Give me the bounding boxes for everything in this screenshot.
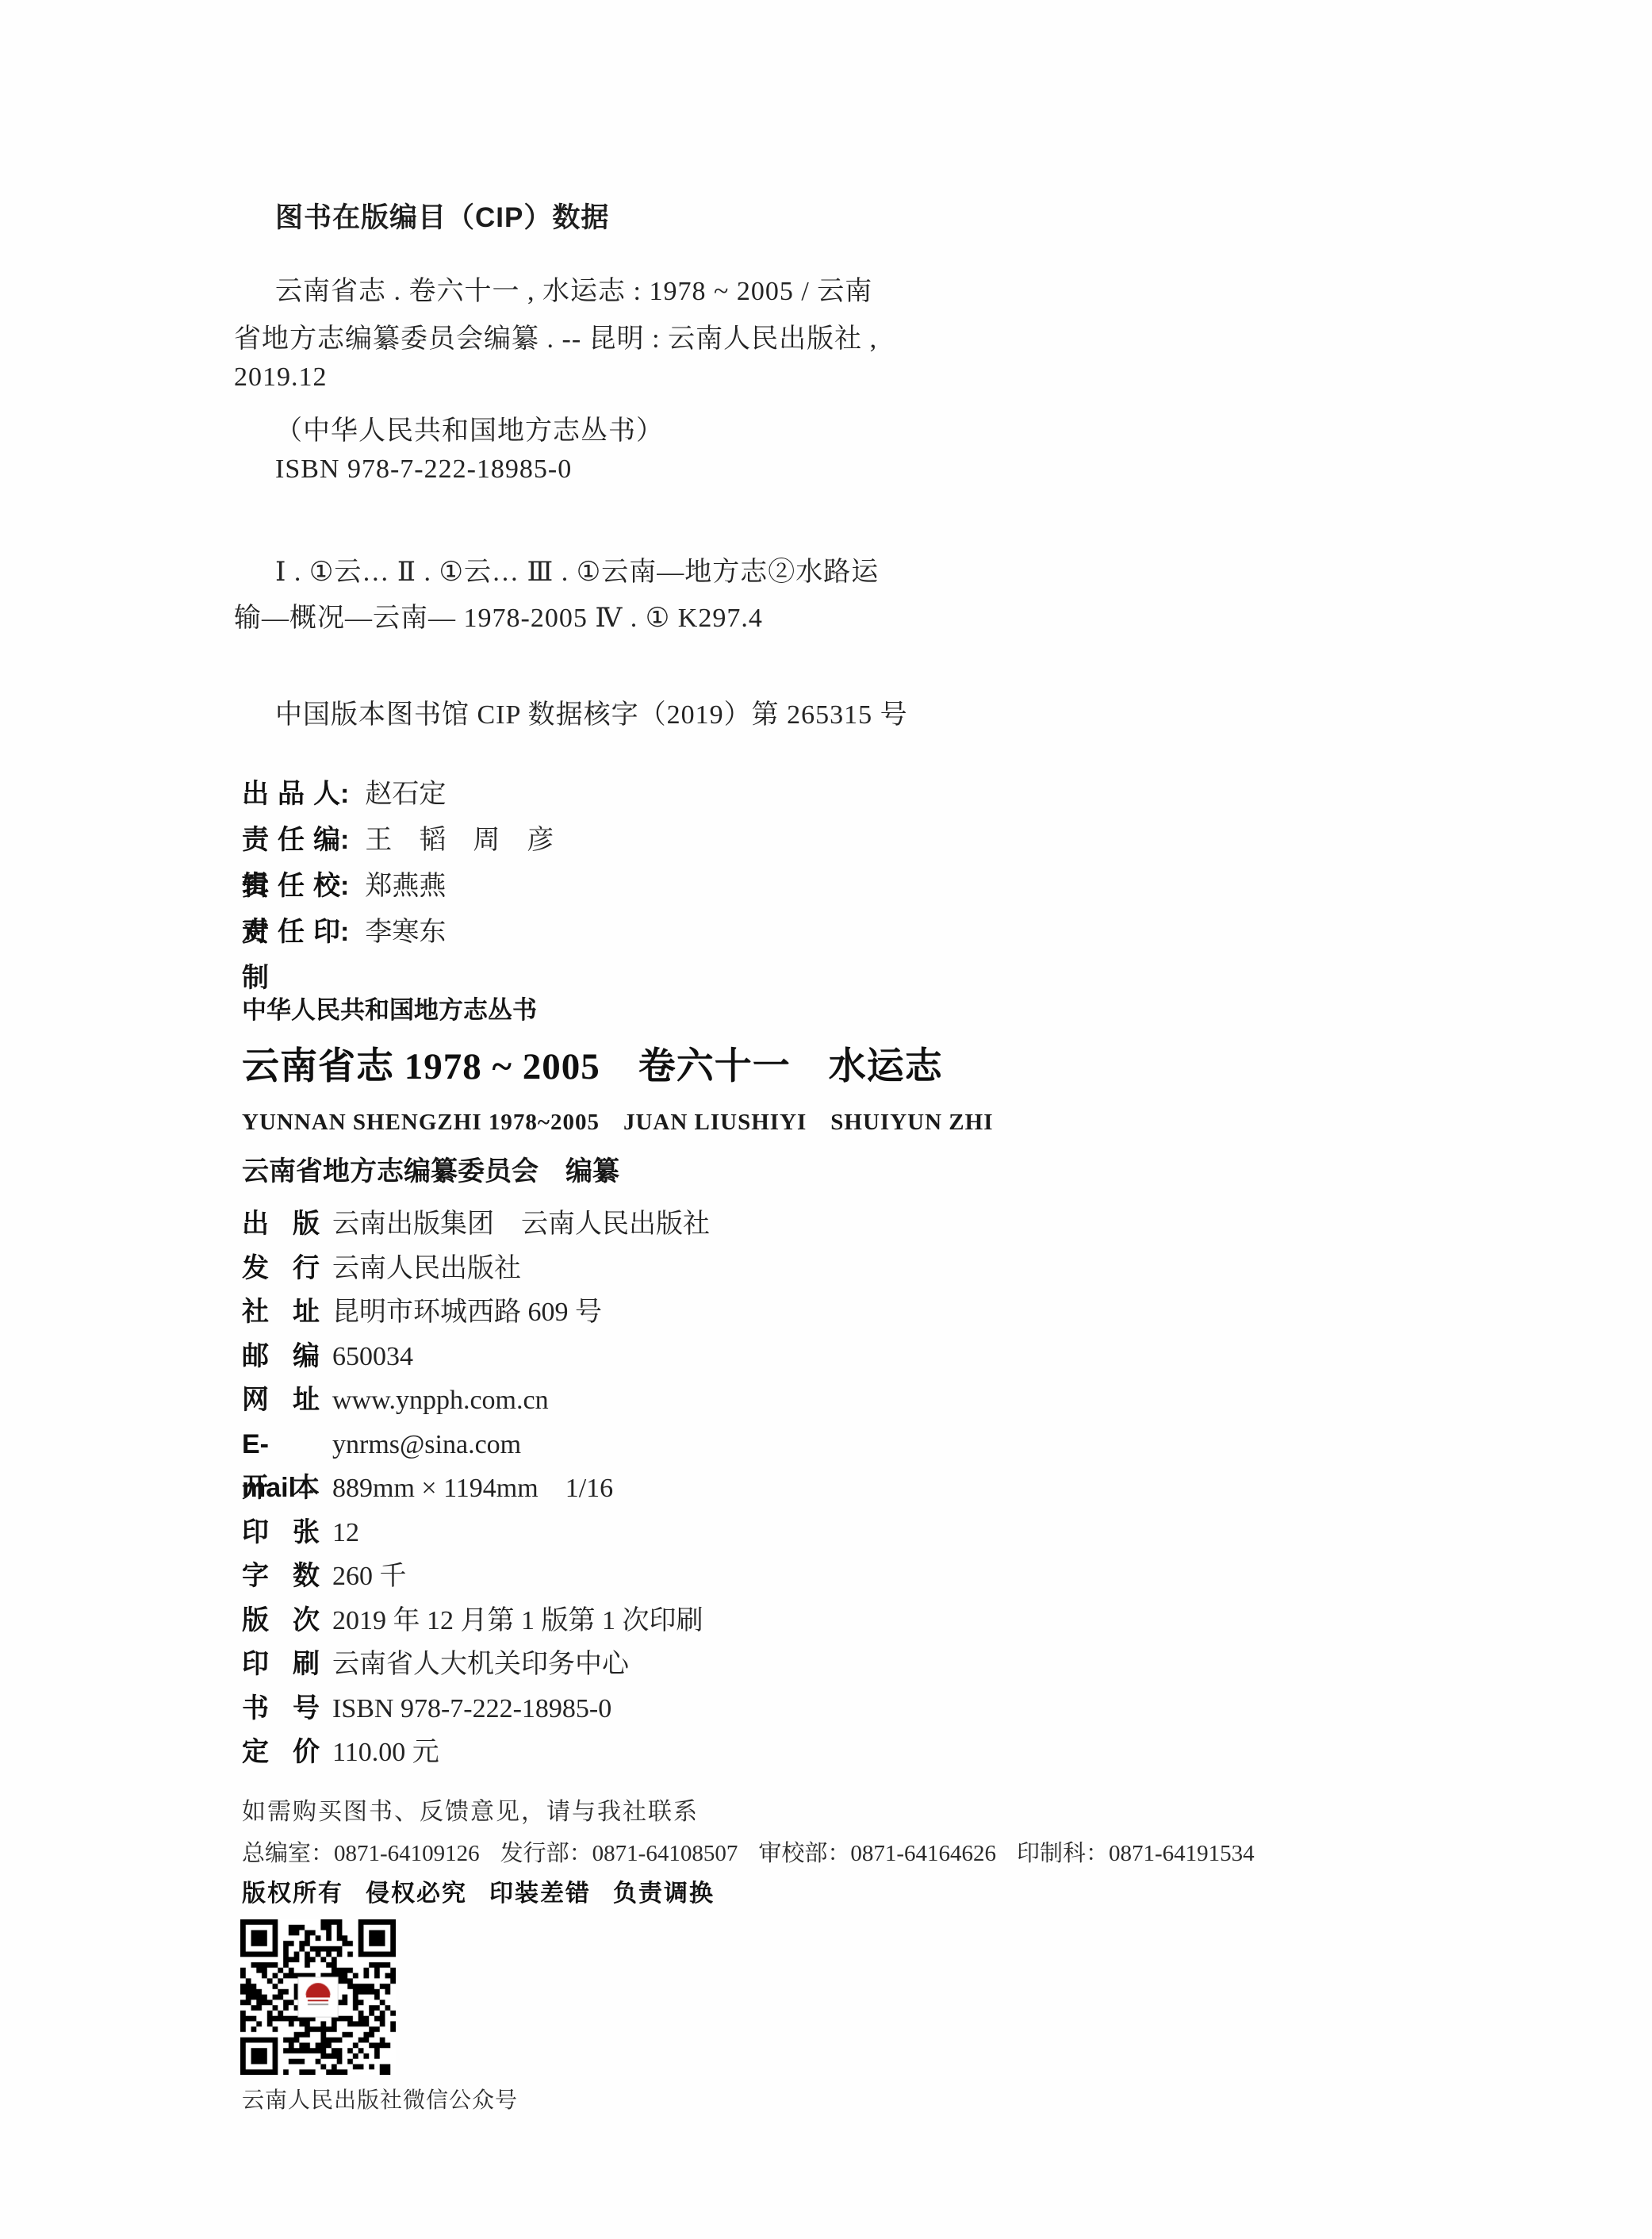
compiler-line: 云南省地方志编纂委员会 编纂 <box>242 1149 993 1188</box>
pub-value: 110.00 元 <box>332 1731 439 1775</box>
pub-value: ynrms@sina.com <box>332 1423 521 1467</box>
pub-label: 印刷 <box>242 1643 320 1687</box>
cip-classification-line-1: Ⅰ . ①云… Ⅱ . ①云… Ⅲ . ①云南—地方志②水路运 <box>275 550 879 589</box>
pub-label: 印张 <box>242 1511 320 1555</box>
pub-row-publisher: 出版云南出版集团 云南人民出版社 <box>242 1202 710 1247</box>
pub-value: 12 <box>332 1511 359 1555</box>
staff-row-printing: 责任印制: 李寒东 <box>242 909 554 955</box>
pub-row-sheets: 印张12 <box>242 1511 710 1555</box>
pub-row-printer: 印刷云南省人大机关印务中心 <box>242 1643 710 1687</box>
pub-row-edition: 版次2019 年 12 月第 1 版第 1 次印刷 <box>242 1599 710 1643</box>
pub-label: 发行 <box>242 1247 320 1291</box>
copyright-phrase: 印装差错 <box>489 1873 591 1908</box>
contact-phone-line: 总编室：0871-64109126 发行部：0871-64108507 审校部：… <box>242 1835 1255 1868</box>
pub-label: 开本 <box>242 1466 320 1511</box>
pub-value: 889mm × 1194mm 1/16 <box>332 1466 613 1511</box>
staff-colon: : <box>340 909 349 955</box>
contact-editorial-office: 总编室：0871-64109126 <box>242 1835 480 1868</box>
pub-value: www.ynpph.com.cn <box>332 1378 549 1423</box>
qr-caption: 云南人民出版社微信公众号 <box>242 2083 518 2114</box>
staff-colon: : <box>340 863 349 909</box>
purchase-note: 如需购买图书、反馈意见，请与我社联系 <box>242 1792 699 1827</box>
pub-value: 云南出版集团 云南人民出版社 <box>332 1202 710 1247</box>
publication-info-block: 出版云南出版集团 云南人民出版社 发行云南人民出版社 社址昆明市环城西路 609… <box>242 1202 710 1775</box>
cip-series-note: （中华人民共和国地方志丛书） <box>275 408 664 447</box>
pub-label: 书号 <box>242 1687 320 1731</box>
pub-row-format: 开本889mm × 1194mm 1/16 <box>242 1466 710 1511</box>
pub-label: 字数 <box>242 1555 320 1599</box>
staff-value: 赵石定 <box>365 772 446 818</box>
pub-label: 出版 <box>242 1202 320 1247</box>
staff-value: 李寒东 <box>365 910 446 956</box>
contact-proofreading-dept: 审校部：0871-64164626 <box>758 1835 996 1868</box>
pub-value: 260 千 <box>332 1555 407 1599</box>
pub-row-website: 网址www.ynpph.com.cn <box>242 1378 710 1423</box>
title-block: 中华人民共和国地方志丛书 云南省志 1978 ~ 2005 卷六十一 水运志 Y… <box>242 990 993 1188</box>
copyright-notice-line: 版权所有 侵权必究 印装差错 负责调换 <box>242 1873 715 1908</box>
pub-row-email: E-mailynrms@sina.com <box>242 1423 710 1467</box>
copyright-phrase: 版权所有 <box>242 1873 343 1908</box>
series-name: 中华人民共和国地方志丛书 <box>242 990 993 1026</box>
pub-value: ISBN 978-7-222-18985-0 <box>332 1687 611 1731</box>
pub-row-postcode: 邮编650034 <box>242 1335 710 1379</box>
pub-label: 网址 <box>242 1378 320 1423</box>
staff-label: 责任印制 <box>242 909 340 1001</box>
pub-label: 版次 <box>242 1599 320 1643</box>
qr-code <box>240 1919 396 2075</box>
staff-value: 郑燕燕 <box>365 864 446 910</box>
pub-row-wordcount: 字数260 千 <box>242 1555 710 1599</box>
pub-value: 650034 <box>332 1335 413 1379</box>
pub-label: 社址 <box>242 1290 320 1335</box>
staff-value: 王 韬 周 彦 <box>365 818 554 864</box>
pub-label: 定价 <box>242 1731 320 1775</box>
copyright-page: 图书在版编目（CIP）数据 云南省志 . 卷六十一 , 水运志 : 1978 ~… <box>0 0 1652 2239</box>
cip-header: 图书在版编目（CIP）数据 <box>275 196 609 236</box>
pub-value: 云南省人大机关印务中心 <box>332 1643 629 1687</box>
contact-printing-dept: 印制科：0871-64191534 <box>1017 1835 1255 1868</box>
staff-block: 出品人: 赵石定 责任编辑: 王 韬 周 彦 责任校对: 郑燕燕 责任印制: 李… <box>242 771 554 955</box>
cip-record-line-2: 省地方志编纂委员会编纂 . -- 昆明 : 云南人民出版社 , <box>234 316 877 355</box>
pub-row-isbn: 书号ISBN 978-7-222-18985-0 <box>242 1687 710 1731</box>
staff-row-proofreader: 责任校对: 郑燕燕 <box>242 863 554 909</box>
copyright-phrase: 侵权必究 <box>366 1873 467 1908</box>
cip-isbn: ISBN 978-7-222-18985-0 <box>275 454 572 485</box>
staff-row-producer: 出品人: 赵石定 <box>242 771 554 817</box>
staff-row-editor: 责任编辑: 王 韬 周 彦 <box>242 817 554 863</box>
pub-row-distributor: 发行云南人民出版社 <box>242 1247 710 1291</box>
cip-block: 图书在版编目（CIP）数据 云南省志 . 卷六十一 , 水运志 : 1978 ~… <box>234 196 1225 751</box>
pub-row-price: 定价110.00 元 <box>242 1731 710 1775</box>
cip-registry-number: 中国版本图书馆 CIP 数据核字（2019）第 265315 号 <box>275 692 908 731</box>
book-title: 云南省志 1978 ~ 2005 卷六十一 水运志 <box>242 1037 993 1090</box>
pub-value: 昆明市环城西路 609 号 <box>332 1290 602 1335</box>
staff-colon: : <box>340 817 349 863</box>
staff-label: 出品人 <box>242 771 340 817</box>
copyright-phrase: 负责调换 <box>613 1873 715 1908</box>
contact-distribution-dept: 发行部：0871-64108507 <box>500 1835 738 1868</box>
pub-row-address: 社址昆明市环城西路 609 号 <box>242 1290 710 1335</box>
cip-classification-line-2: 输—概况—云南— 1978-2005 Ⅳ . ① K297.4 <box>234 596 763 635</box>
staff-colon: : <box>340 771 349 817</box>
cip-record-line-1: 云南省志 . 卷六十一 , 水运志 : 1978 ~ 2005 / 云南 <box>275 269 872 308</box>
pub-value: 云南人民出版社 <box>332 1247 521 1291</box>
pub-label: 邮编 <box>242 1335 320 1379</box>
book-title-pinyin: YUNNAN SHENGZHI 1978~2005 JUAN LIUSHIYI … <box>242 1104 993 1137</box>
pub-value: 2019 年 12 月第 1 版第 1 次印刷 <box>332 1599 703 1643</box>
cip-record-line-3: 2019.12 <box>234 362 328 393</box>
